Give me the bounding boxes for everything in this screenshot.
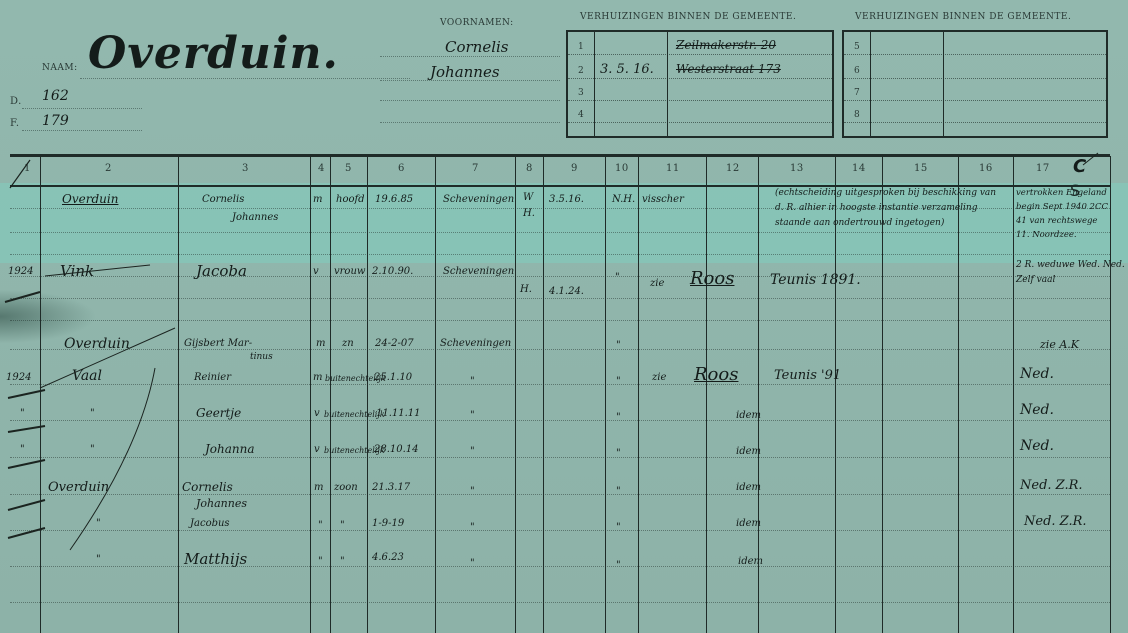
move-address: Westerstraat 173 [676, 62, 781, 76]
col-divider [594, 32, 595, 136]
f-value: 179 [42, 113, 69, 129]
rule [380, 122, 560, 123]
row-line [844, 100, 1106, 101]
row-line [568, 100, 832, 101]
col-divider [667, 32, 668, 136]
registration-card: NAAM: Overduin. D. 162 F. 179 VOORNAMEN:… [0, 0, 1128, 633]
move-num: 2 [578, 66, 584, 76]
moves-table-left: 1 2 3 4 3. 5. 16. Zeilmakerstr. 20 Weste… [566, 30, 834, 138]
move-num: 6 [854, 66, 860, 76]
naam-label: NAAM: [42, 63, 78, 73]
first-name-2: Johannes [430, 63, 500, 81]
row-line [568, 78, 832, 79]
col-divider [870, 32, 871, 136]
row-line [844, 54, 1106, 55]
move-num: 5 [854, 42, 860, 52]
move-date: 3. 5. 16. [600, 62, 654, 77]
rule [22, 130, 142, 131]
d-label: D. [10, 96, 22, 107]
voornamen-label: VOORNAMEN: [440, 18, 514, 28]
surname-title: Overduin. [88, 28, 339, 79]
first-name-1: Cornelis [445, 38, 509, 56]
rule [380, 100, 560, 101]
move-num: 1 [578, 42, 584, 52]
rule [22, 108, 142, 109]
rule [380, 80, 560, 81]
row-line [844, 78, 1106, 79]
row-line [568, 54, 832, 55]
row-line [568, 122, 832, 123]
move-num: 8 [854, 110, 860, 120]
rule [380, 56, 560, 57]
move-num: 3 [578, 88, 584, 98]
rule [80, 78, 410, 79]
move-num: 4 [578, 110, 584, 120]
move-num: 7 [854, 88, 860, 98]
pen-strokes [0, 150, 1128, 633]
move-address: Zeilmakerstr. 20 [676, 38, 776, 52]
d-value: 162 [42, 88, 69, 104]
f-label: F. [10, 118, 20, 129]
moves-title-left: VERHUIZINGEN BINNEN DE GEMEENTE. [580, 12, 796, 22]
moves-title-right: VERHUIZINGEN BINNEN DE GEMEENTE. [855, 12, 1071, 22]
moves-table-right: 5 6 7 8 [842, 30, 1108, 138]
col-divider [943, 32, 944, 136]
row-line [844, 122, 1106, 123]
